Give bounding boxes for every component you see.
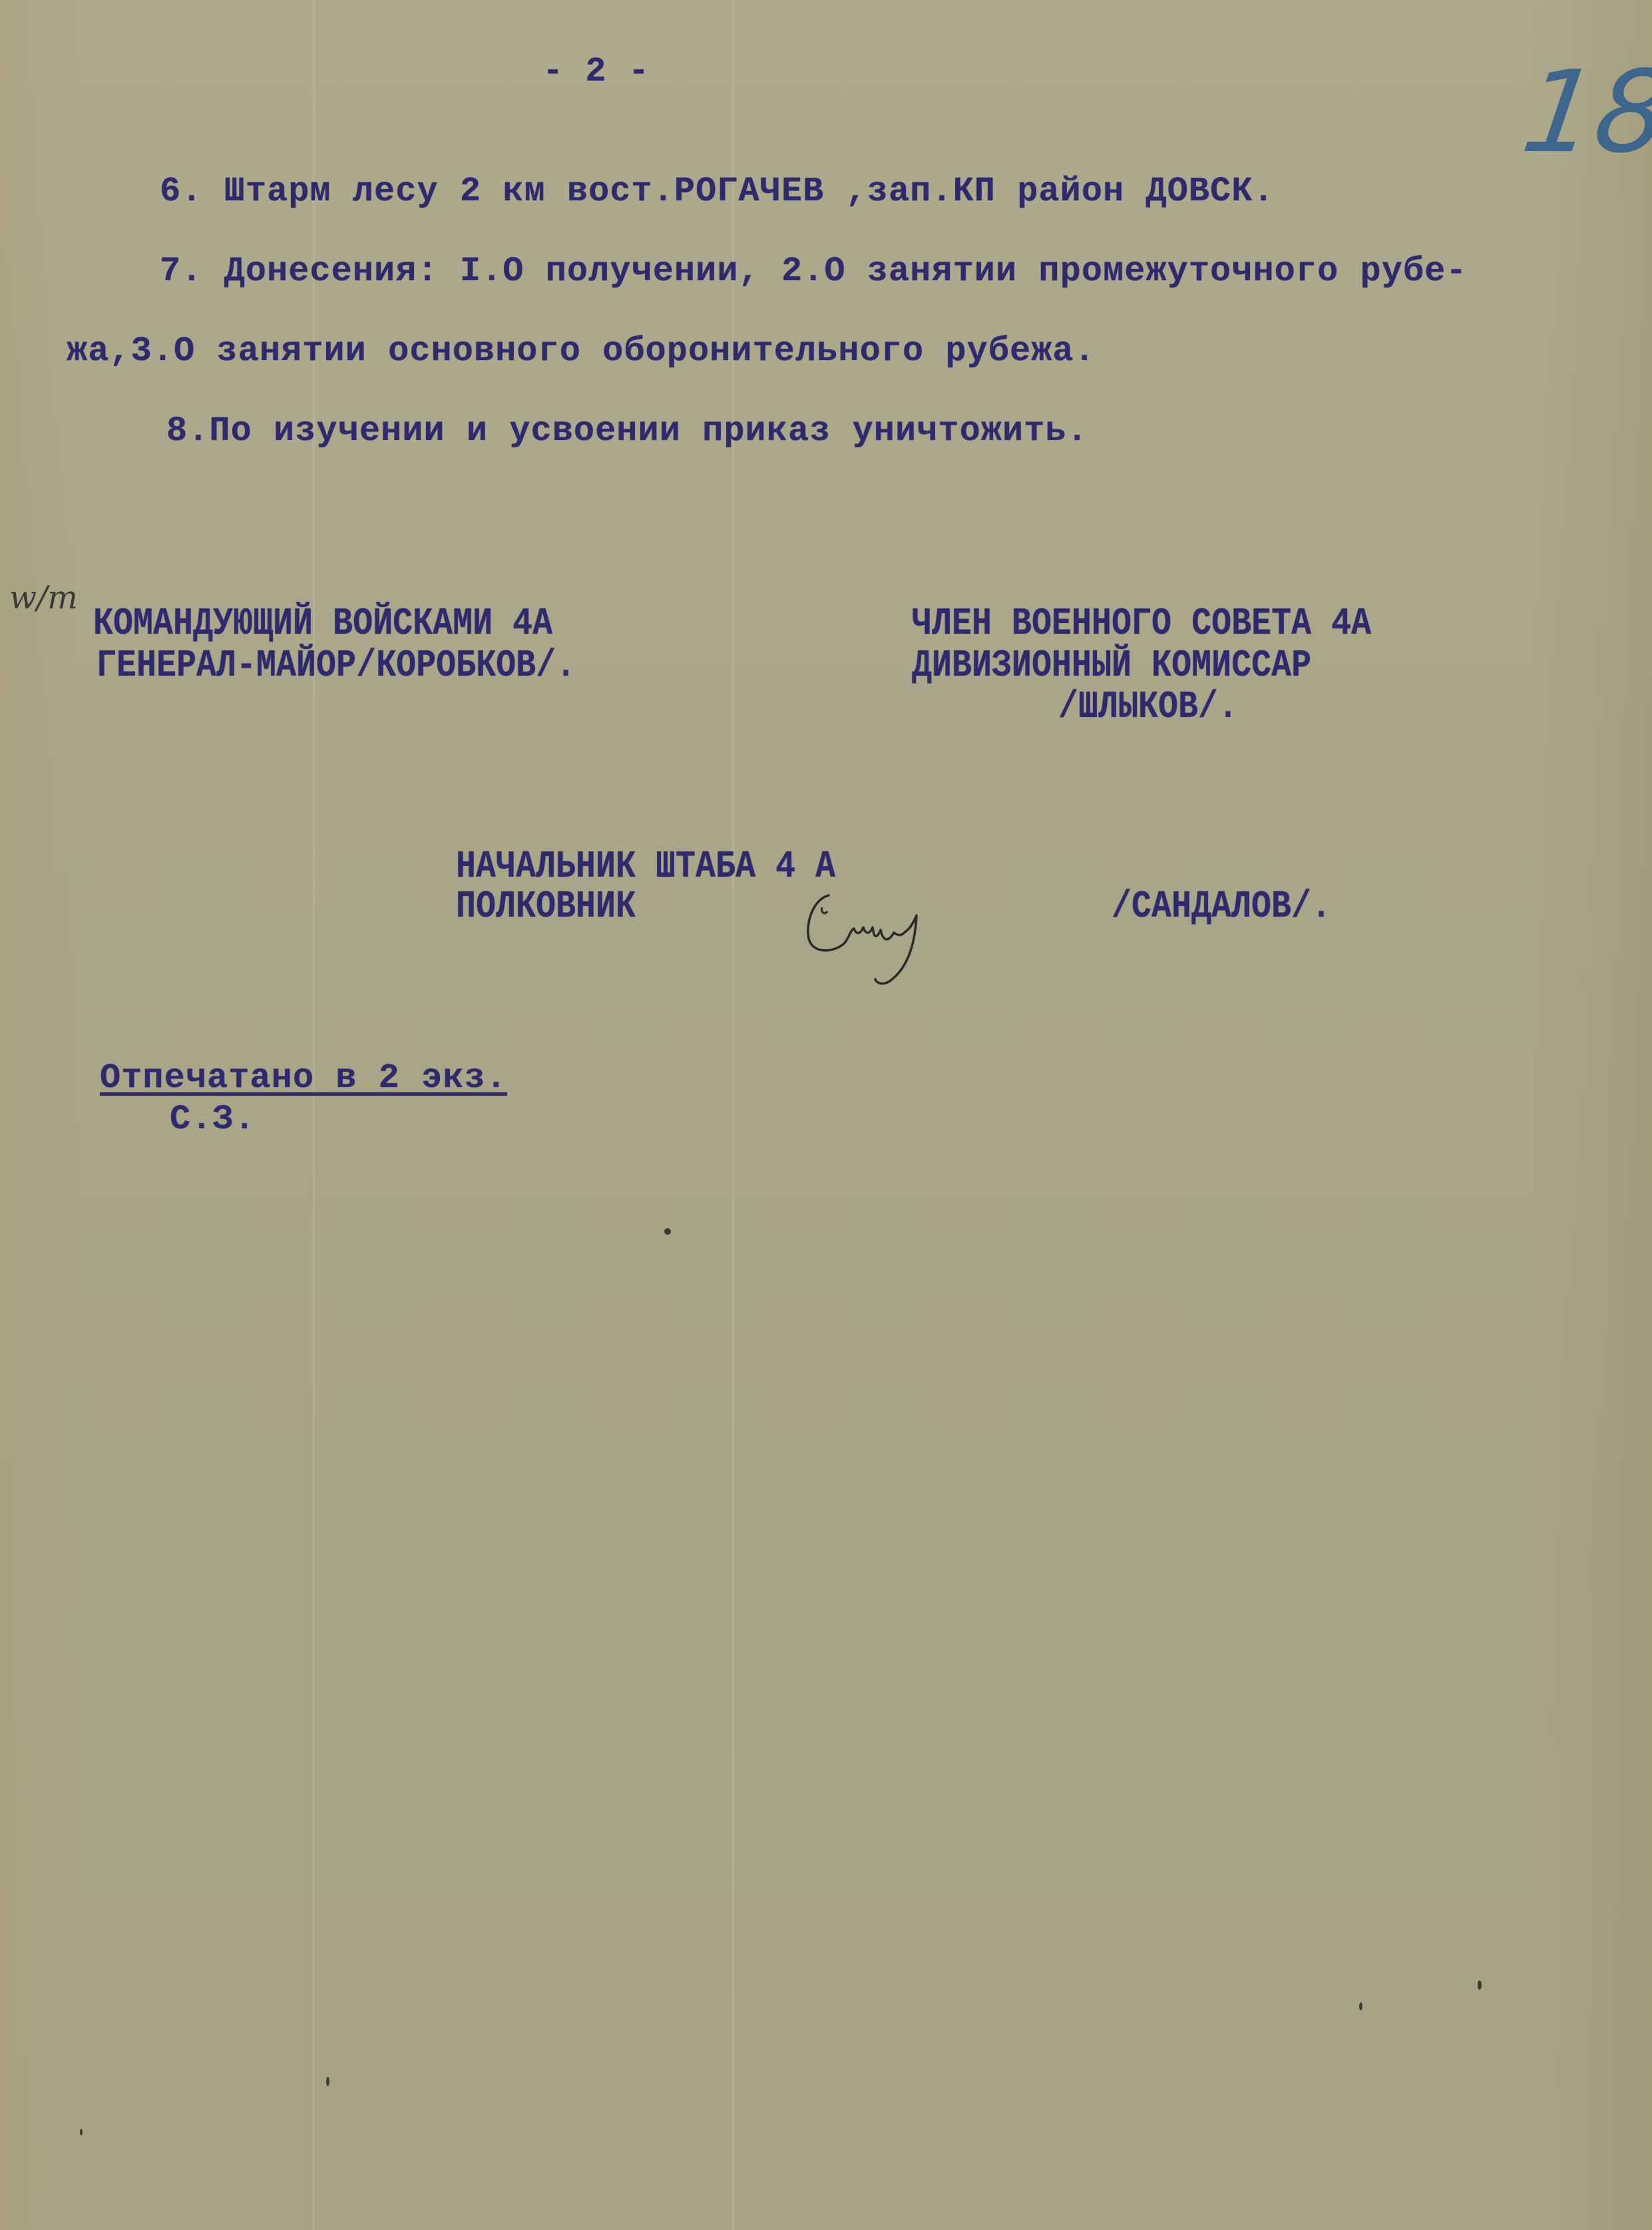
paper-speck <box>326 2077 329 2086</box>
copies-note: Отпечатано в 2 экз. <box>100 1058 507 1098</box>
document-page: - 2 - 18 6. Штарм лесу 2 км вост.РОГАЧЕВ… <box>0 0 1652 2230</box>
paragraph-8: 8.По изучении и усвоении приказ уничтожи… <box>166 411 1088 451</box>
chief-of-staff-rank: ПОЛКОВНИК <box>456 885 636 929</box>
margin-pencil-mark: w/m <box>9 579 78 616</box>
commander-title: КОМАНДУЮЩИЙ ВОЙСКАМИ 4А <box>93 602 552 646</box>
paragraph-7: 7. Донесения: I.О получении, 2.О занятии… <box>160 252 1468 291</box>
paragraph-7-continued: жа,3.О занятии основного оборонительного… <box>67 332 1096 371</box>
folio-number: 18 <box>1515 47 1652 178</box>
page-number: - 2 - <box>542 52 650 91</box>
chief-of-staff-name: /САНДАЛОВ/. <box>1112 885 1331 929</box>
paper-speck <box>664 1228 671 1235</box>
typist-initials: С.З. <box>170 1100 256 1139</box>
paper-speck <box>80 2129 83 2135</box>
paper-speck <box>1478 1980 1482 1990</box>
paragraph-6: 6. Штарм лесу 2 км вост.РОГАЧЕВ ,зап.КП … <box>160 172 1275 211</box>
commander-rank-name: ГЕНЕРАЛ-МАЙОР/КОРОБКОВ/. <box>97 644 576 688</box>
council-member-name: /ШЛЫКОВ/. <box>1058 686 1238 730</box>
paper-speck <box>1359 2002 1362 2010</box>
council-member-rank: ДИВИЗИОННЫЙ КОМИССАР <box>912 644 1311 688</box>
council-member-title: ЧЛЕН ВОЕННОГО СОВЕТА 4А <box>912 602 1371 646</box>
handwritten-signature-icon <box>802 889 1015 989</box>
chief-of-staff-title: НАЧАЛЬНИК ШТАБА 4 А <box>456 845 835 889</box>
